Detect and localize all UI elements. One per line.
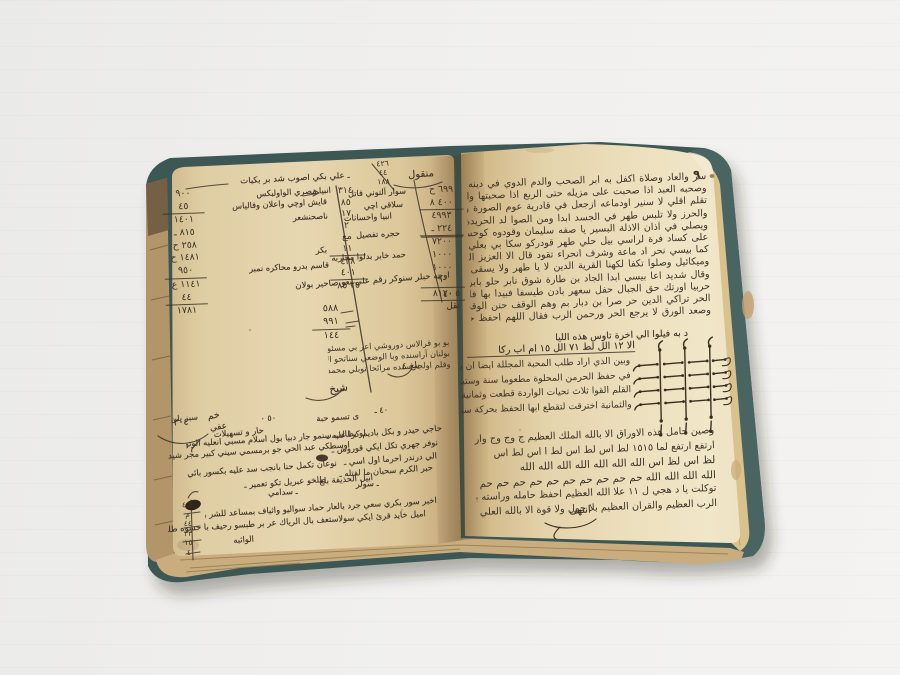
ledger-number: ٤٠٠ ٨ bbox=[419, 196, 463, 210]
annotation-note: ٤٠ ـ bbox=[360, 405, 388, 416]
photo-scene: ٤٢٦٤٤١٨٨ منقول ـ علي بكي اصوب شد بر بكيا… bbox=[0, 0, 900, 675]
ledger-left-column: ٩٠٠٤٥١٤٠١٨١٥ ـ٢٥٨ ح١٤٨١ ح٩٥٠١١٤١ ع٤٤١٧٨١ bbox=[162, 187, 209, 318]
ledger-middle-column: ٣١٤٨٥١٧٢مع١١٤٣٨٤٠١٢٥ ٨٥ bbox=[327, 184, 367, 292]
annotation-note: ٥٠ ٠ bbox=[248, 413, 276, 424]
ledger-right-column: ٦٩٩ ح٤٠٠ ٨٤٩٩٣٢٢٤ ـ٧٢٠٠١٠٠٠١٠٠٠٩٠٨١٧٠ bbox=[419, 184, 465, 302]
ledger-sum-block: ٥٨٨٩٩١١٤٤ bbox=[311, 302, 350, 343]
tally-number: ٤ bbox=[177, 548, 201, 558]
ledger-number: ١٧٨١ bbox=[166, 304, 208, 318]
grid-side-text: وبين الذي اراد طلب المحبة المجللة ايضا ا… bbox=[460, 355, 632, 419]
ledger-number: ٤٤ bbox=[165, 291, 207, 306]
book-photo-illustration bbox=[0, 0, 900, 675]
ledger-number: ٢٢٤ ـ bbox=[420, 222, 464, 236]
tally-column: ٥ ٤م٤٤٣٣١٥٤ bbox=[175, 500, 201, 558]
manuscript-text-block: سر والعاد وصلاة اكفل به ابر الصحب والدم … bbox=[466, 171, 711, 326]
ledger-number: ٩٥٠ bbox=[164, 264, 206, 279]
ledger-number: ١٠٠٠ bbox=[420, 249, 464, 262]
ledger-sum: ٩٩١ bbox=[312, 315, 350, 329]
ledger-label: بكر bbox=[303, 245, 327, 256]
ledger-center-note-tail2: نقل bbox=[424, 301, 460, 313]
ledger-number: ٧٢٠٠ bbox=[420, 236, 464, 249]
ledger-number: ٤٩٩٣ bbox=[419, 210, 463, 223]
ledger-number: ٦٩٩ ح bbox=[419, 184, 463, 197]
